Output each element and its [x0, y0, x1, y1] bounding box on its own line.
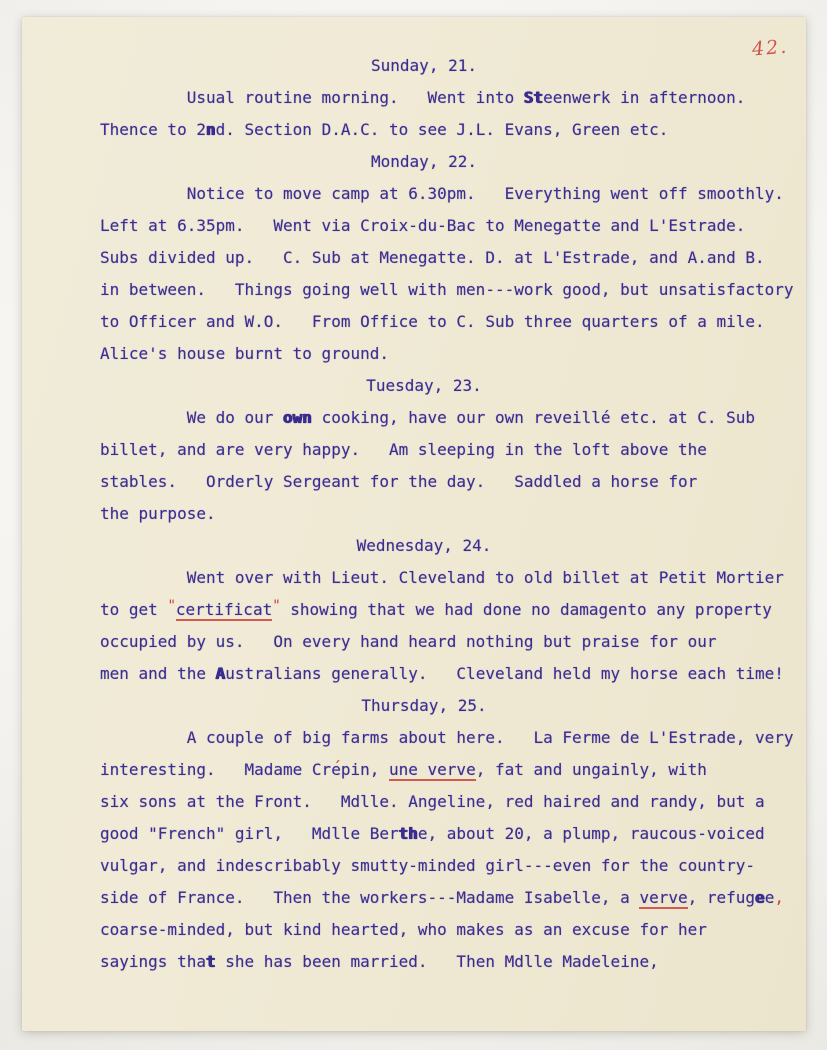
text-line: stables. Orderly Sergeant for the day. S… [100, 466, 806, 498]
red-quote-mark: " [272, 598, 280, 614]
entry-heading: Monday, 22. [71, 146, 777, 178]
text-segment: We do our [100, 408, 283, 427]
overstrike-text: own [283, 408, 312, 427]
overstrike-text: e [755, 888, 765, 907]
text-line: We do our own cooking, have our own reve… [100, 402, 806, 434]
entry-heading: Tuesday, 23. [71, 370, 777, 402]
text-line: the purpose. [100, 498, 806, 530]
overstrike-text: St [524, 88, 543, 107]
text-segment: A couple of big farms about here. La Fer… [100, 728, 794, 747]
text-line: occupied by us. On every hand heard noth… [100, 626, 806, 658]
text-segment: ustralians generally. Cleveland held my … [225, 664, 784, 683]
text-segment: Went over with Lieut. Cleveland to old b… [100, 568, 784, 587]
overstrike-text: t [206, 952, 216, 971]
text-segment: , refug [688, 888, 755, 907]
text-segment: Alice's house burnt to ground. [100, 344, 389, 363]
text-line: A couple of big farms about here. La Fer… [100, 722, 806, 754]
text-segment: billet, and are very happy. Am sleeping … [100, 440, 707, 459]
text-segment: side of France. Then the workers---Madam… [100, 888, 639, 907]
red-underlined-text: une verve [389, 760, 476, 781]
text-line: sayings that she has been married. Then … [100, 946, 806, 978]
text-line: interesting. Madame Crepin, une verve, f… [100, 754, 806, 786]
text-line: in between. Things going well with men--… [100, 274, 806, 306]
text-line: men and the Australians generally. Cleve… [100, 658, 806, 690]
text-line: Alice's house burnt to ground. [100, 338, 806, 370]
red-accented-letter: e [331, 760, 341, 779]
text-line: Went over with Lieut. Cleveland to old b… [100, 562, 806, 594]
red-underlined-text: verve [639, 888, 687, 909]
overstrike-text: th [399, 824, 418, 843]
text-line: side of France. Then the workers---Madam… [100, 882, 806, 914]
text-segment: vulgar, and indescribably smutty-minded … [100, 856, 755, 875]
text-segment: good "French" girl, Mdlle Ber [100, 824, 399, 843]
text-line: Notice to move camp at 6.30pm. Everythin… [100, 178, 806, 210]
text-segment: pin, [341, 760, 389, 779]
text-line: billet, and are very happy. Am sleeping … [100, 434, 806, 466]
red-quote-mark: " [167, 598, 175, 614]
text-line: Left at 6.35pm. Went via Croix-du-Bac to… [100, 210, 806, 242]
text-line: vulgar, and indescribably smutty-minded … [100, 850, 806, 882]
text-line: to Officer and W.O. From Office to C. Su… [100, 306, 806, 338]
overstrike-text: A [216, 664, 226, 683]
text-segment: in between. Things going well with men--… [100, 280, 794, 299]
text-segment: e, about 20, a plump, raucous-voiced [418, 824, 765, 843]
text-line: to get "certificat" showing that we had … [100, 594, 806, 626]
entry-heading: Thursday, 25. [71, 690, 777, 722]
text-segment: Thence to 2 [100, 120, 206, 139]
text-segment: six sons at the Front. Mdlle. Angeline, … [100, 792, 765, 811]
text-segment: to Officer and W.O. From Office to C. Su… [100, 312, 765, 331]
diary-text: Sunday, 21. Usual routine morning. Went … [100, 50, 806, 978]
text-segment: coarse-minded, but kind hearted, who mak… [100, 920, 707, 939]
text-line: Thence to 2nd. Section D.A.C. to see J.L… [100, 114, 806, 146]
text-segment: to get [100, 600, 167, 619]
text-line: Subs divided up. C. Sub at Menegatte. D.… [100, 242, 806, 274]
text-segment: occupied by us. On every hand heard noth… [100, 632, 717, 651]
overstrike-text: n [206, 120, 216, 139]
text-segment: Left at 6.35pm. Went via Croix-du-Bac to… [100, 216, 745, 235]
text-line: coarse-minded, but kind hearted, who mak… [100, 914, 806, 946]
text-segment: Usual routine morning. Went into [100, 88, 524, 107]
text-line: good "French" girl, Mdlle Berthe, about … [100, 818, 806, 850]
text-segment: Subs divided up. C. Sub at Menegatte. D.… [100, 248, 765, 267]
text-segment: cooking, have our own reveillé etc. at C… [312, 408, 755, 427]
text-line: Usual routine morning. Went into Steenwe… [100, 82, 806, 114]
document-page: 42. Sunday, 21. Usual routine morning. W… [22, 17, 806, 1031]
entry-heading: Wednesday, 24. [71, 530, 777, 562]
text-segment: eenwerk in afternoon. [543, 88, 745, 107]
text-segment: Notice to move camp at 6.30pm. Everythin… [100, 184, 784, 203]
text-segment: d. Section D.A.C. to see J.L. Evans, Gre… [216, 120, 669, 139]
text-segment: , fat and ungainly, with [476, 760, 707, 779]
text-segment: the purpose. [100, 504, 216, 523]
text-segment: she has been married. Then Mdlle Madelei… [216, 952, 659, 971]
text-segment: showing that we had done no damagento an… [281, 600, 772, 619]
text-segment: men and the [100, 664, 216, 683]
text-segment: sayings tha [100, 952, 206, 971]
entry-heading: Sunday, 21. [71, 50, 777, 82]
text-segment: e [765, 888, 775, 907]
text-segment: interesting. Madame Cr [100, 760, 331, 779]
text-segment: stables. Orderly Sergeant for the day. S… [100, 472, 697, 491]
red-ink-mark: , [774, 888, 784, 907]
red-underlined-text: certificat [176, 600, 272, 621]
text-line: six sons at the Front. Mdlle. Angeline, … [100, 786, 806, 818]
